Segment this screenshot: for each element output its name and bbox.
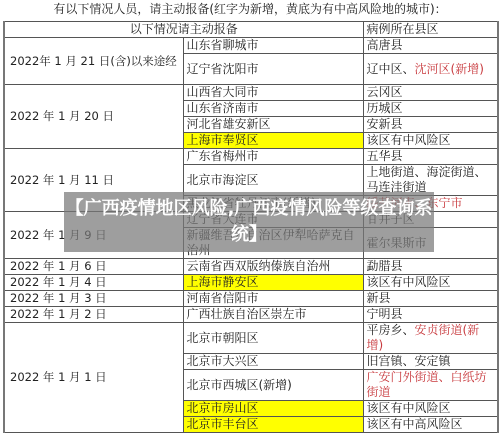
district-cell: 历城区 <box>363 101 498 117</box>
city-cell: 河南省信阳市 <box>183 291 363 307</box>
date-cell: 2022 年 1 月 6 日 <box>4 259 183 275</box>
district-cell: 广安门外街道、白纸坊街道 <box>363 370 498 401</box>
date-cell: 2022 年 1 月 2 日 <box>4 307 183 323</box>
district-text: 宁明县 <box>367 307 403 321</box>
date-cell: 2022 年 1 月 20 日 <box>4 85 183 149</box>
city-cell: 山东省聊城市 <box>183 38 363 54</box>
city-cell: 山东省济南市 <box>183 101 363 117</box>
table-row: 2022 年 1 月 11 日广东省梅州市五华县 <box>4 149 498 165</box>
district-cell: 旧宫镇、安定镇 <box>363 354 498 370</box>
district-text: 勐腊县 <box>367 259 403 273</box>
district-cell: 平房乡、安贞街道(新增) <box>363 323 498 354</box>
city-cell: 辽宁省沈阳市 <box>183 54 363 85</box>
city-cell: 北京市大兴区 <box>183 354 363 370</box>
district-text: 上地街道、海淀街道、马连洼街道 <box>367 165 487 194</box>
table-header-row: 以下情况请主动报备 病例所在县区 <box>4 22 498 38</box>
city-cell: 广东省梅州市 <box>183 149 363 165</box>
city-cell: 河北省雄安新区 <box>183 117 363 133</box>
city-cell: 上海市静安区 <box>183 275 363 291</box>
city-cell: 云南省西双版纳傣族自治州 <box>183 259 363 275</box>
district-text: 平房乡、 <box>367 323 415 337</box>
district-new-text: 广安门外街道、白纸坊街道 <box>367 370 487 399</box>
table-row: 2022 年 1 月 3 日河南省信阳市新县 <box>4 291 498 307</box>
district-cell: 勐腊县 <box>363 259 498 275</box>
district-cell: 该区有中风险区 <box>363 133 498 149</box>
date-cell: 2022 年 1 月 4 日 <box>4 275 183 291</box>
district-text: 该区有中高风险区 <box>367 417 463 431</box>
district-text: 旧宫镇、安定镇 <box>367 354 451 368</box>
district-text: 高唐县 <box>367 38 403 52</box>
city-cell: 北京市海淀区 <box>183 165 363 196</box>
district-cell: 该区有中风险区 <box>363 401 498 417</box>
district-new-text: 沈河区(新增) <box>415 62 484 76</box>
date-cell: 2022年 1 月 21 日(含)以来途经 <box>4 38 183 85</box>
district-text: 云冈区 <box>367 85 403 99</box>
city-cell: 广西壮族自治区崇左市 <box>183 307 363 323</box>
table-row: 2022 年 1 月 4 日上海市静安区该区有中风险区 <box>4 275 498 291</box>
date-cell: 2022 年 1 月 1 日 <box>4 323 183 433</box>
city-cell: 北京市丰台区 <box>183 417 363 433</box>
district-text: 新县 <box>367 291 391 305</box>
table-row: 2022年 1 月 21 日(含)以来途经山东省聊城市高唐县 <box>4 38 498 54</box>
district-cell: 该区有中风险区 <box>363 275 498 291</box>
district-cell: 新县 <box>363 291 498 307</box>
city-cell: 北京市朝阳区 <box>183 323 363 354</box>
district-cell: 上地街道、海淀街道、马连洼街道 <box>363 165 498 196</box>
title-overlay-banner: 【广西疫情地区风险,广西疫情风险等级查询系统】 <box>64 192 434 252</box>
date-cell: 2022 年 1 月 3 日 <box>4 291 183 307</box>
city-cell: 上海市奉贤区 <box>183 133 363 149</box>
district-text: 该区有中风险区 <box>367 401 451 415</box>
header-district: 病例所在县区 <box>363 22 498 38</box>
table-row: 2022 年 1 月 2 日广西壮族自治区崇左市宁明县 <box>4 307 498 323</box>
district-cell: 安新县 <box>363 117 498 133</box>
district-cell: 五华县 <box>363 149 498 165</box>
district-text: 该区有中风险区 <box>367 275 451 289</box>
district-cell: 该区有中高风险区 <box>363 417 498 433</box>
district-text: 五华县 <box>367 149 403 163</box>
district-text: 安新县 <box>367 117 403 131</box>
district-cell: 云冈区 <box>363 85 498 101</box>
district-text: 该区有中风险区 <box>367 133 451 147</box>
district-text: 历城区 <box>367 101 403 115</box>
table-row: 2022 年 1 月 20 日山西省大同市云冈区 <box>4 85 498 101</box>
table-row: 2022 年 1 月 1 日北京市朝阳区平房乡、安贞街道(新增) <box>4 323 498 354</box>
city-cell: 北京市西城区(新增) <box>183 370 363 401</box>
header-report: 以下情况请主动报备 <box>4 22 363 38</box>
district-text: 辽中区、 <box>367 62 415 76</box>
page-caption: 有以下情况人员，请主动报备(红字为新增，黄底为有中高风险地的城市)： <box>0 0 500 20</box>
district-cell: 辽中区、沈河区(新增) <box>363 54 498 85</box>
district-cell: 高唐县 <box>363 38 498 54</box>
table-row: 2022 年 1 月 6 日云南省西双版纳傣族自治州勐腊县 <box>4 259 498 275</box>
city-cell: 山西省大同市 <box>183 85 363 101</box>
district-cell: 宁明县 <box>363 307 498 323</box>
city-cell: 北京市房山区 <box>183 401 363 417</box>
